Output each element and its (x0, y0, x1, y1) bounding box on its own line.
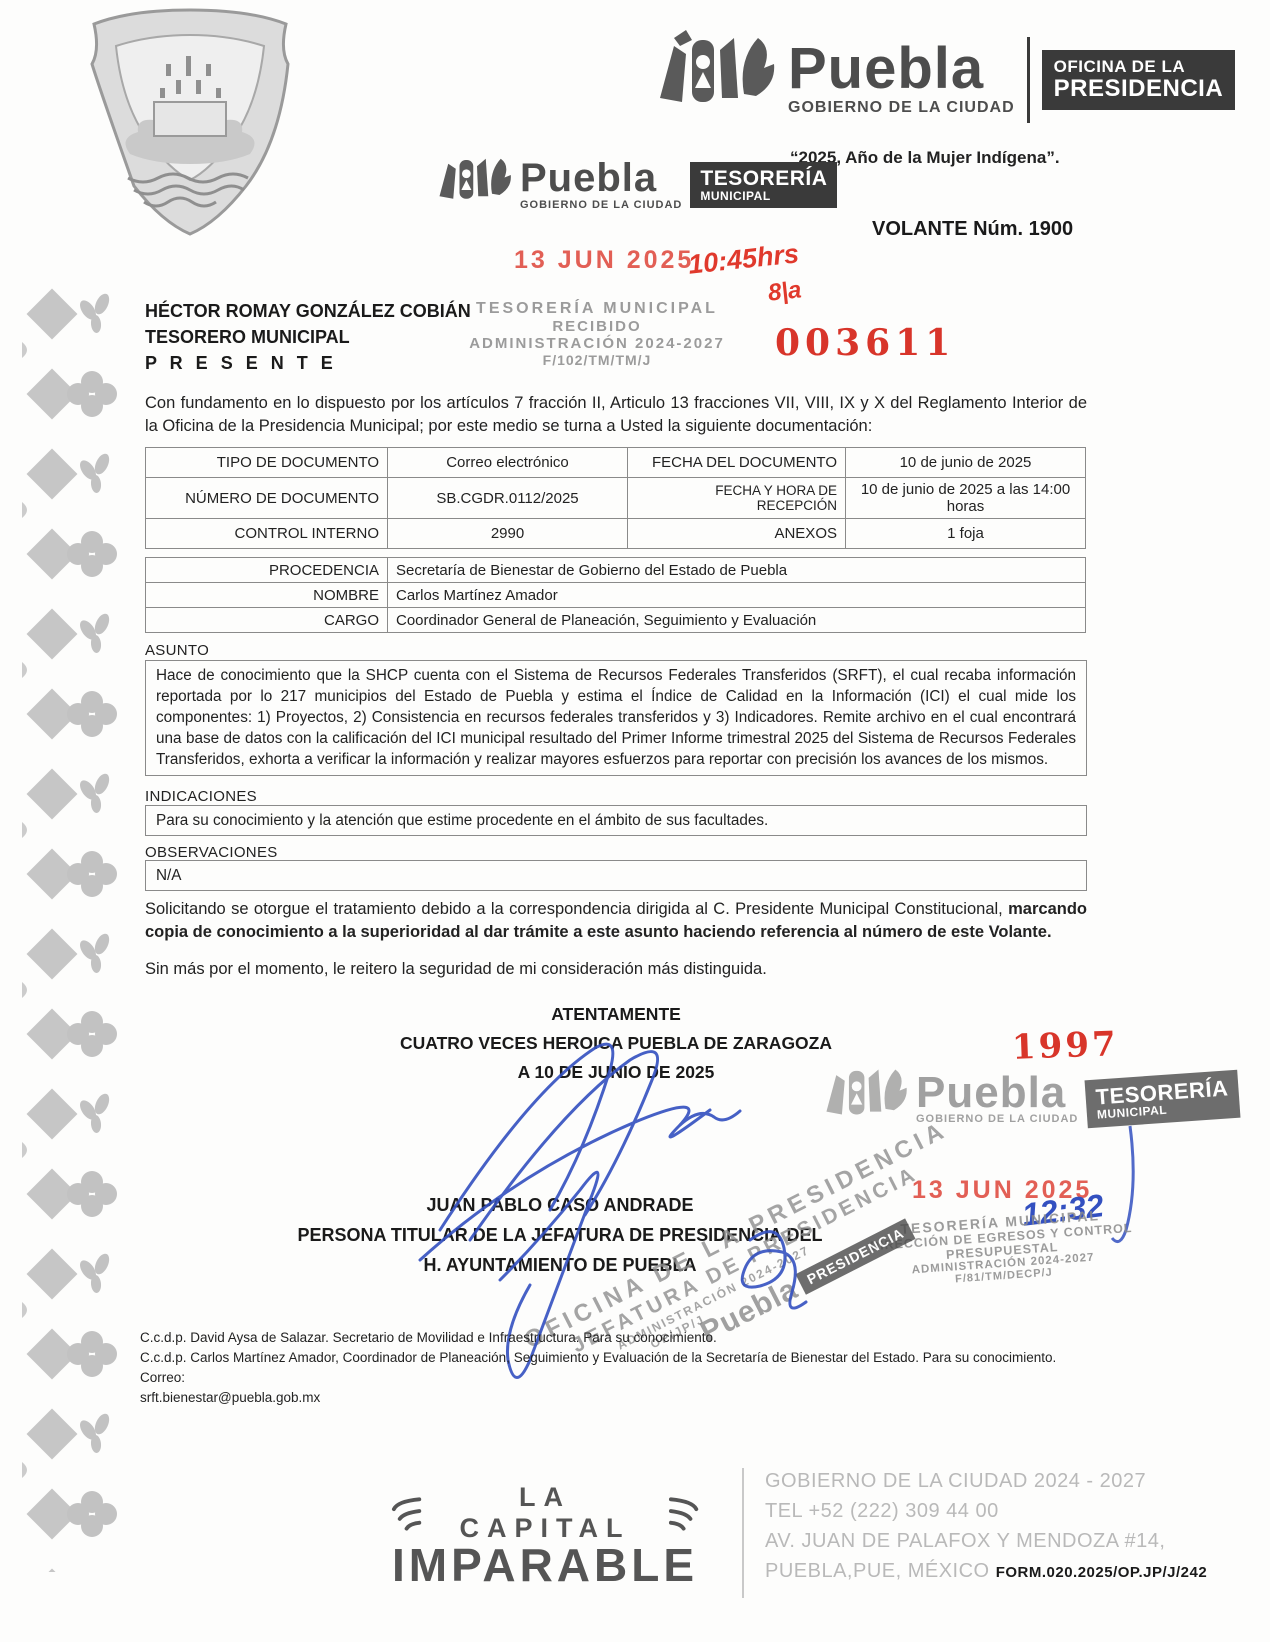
table-row: CARGO Coordinador General de Planeación,… (146, 608, 1086, 633)
sin-mas-paragraph: Sin más por el momento, le reitero la se… (145, 958, 1087, 981)
wing-icon (390, 1493, 423, 1533)
cell-value: 10 de junio de 2025 a las 14:00 horas (846, 478, 1086, 519)
document-origin-table: PROCEDENCIA Secretaría de Bienestar de G… (145, 557, 1086, 633)
table-row: CONTROL INTERNO 2990 ANEXOS 1 foja (146, 519, 1086, 549)
ccdp-line: C.c.d.p. Carlos Martínez Amador, Coordin… (140, 1348, 1090, 1388)
puebla-logo-wordmark: Puebla (916, 1073, 1078, 1113)
cell-label: NOMBRE (146, 583, 388, 608)
tesoreria-stamp-logo: Puebla GOBIERNO DE LA CIUDAD TESORERÍA M… (818, 1062, 1239, 1136)
cell-value: Carlos Martínez Amador (388, 583, 1086, 608)
cell-label: ANEXOS (628, 519, 846, 549)
cell-value: Secretaría de Bienestar de Gobierno del … (388, 558, 1086, 583)
puebla-logo-wordmark: Puebla (788, 43, 1015, 95)
atentamente-line: ATENTAMENTE (145, 1000, 1087, 1029)
document-page: Puebla GOBIERNO DE LA CIUDAD OFICINA DE … (0, 0, 1270, 1642)
cell-label: TIPO DE DOCUMENTO (146, 448, 388, 478)
ccdp-line: C.c.d.p. David Aysa de Salazar. Secretar… (140, 1328, 1090, 1348)
form-code: FORM.020.2025/OP.JP/J/242 (996, 1564, 1208, 1581)
intro-paragraph: Con fundamento en lo dispuesto por los a… (145, 392, 1087, 439)
puebla-talavera-logo-mark (648, 28, 776, 132)
puebla-city-logo: Puebla GOBIERNO DE LA CIUDAD OFICINA DE … (648, 28, 1235, 132)
volante-number: VOLANTE Núm. 1900 (872, 218, 1073, 241)
footer-line: PUEBLA,PUE, MÉXICO FORM.020.2025/OP.JP/J… (765, 1556, 1265, 1588)
cell-value: 2990 (388, 519, 628, 549)
cell-value: 10 de junio de 2025 (846, 448, 1086, 478)
puebla-logo-subtitle: GOBIERNO DE LA CIUDAD (788, 99, 1015, 117)
puebla-coat-of-arms (70, 6, 310, 241)
oficina-presidencia-box: OFICINA DE LA PRESIDENCIA (1042, 50, 1236, 109)
solicitando-normal: Solicitando se otorgue el tratamiento de… (145, 900, 1008, 918)
tesoreria-box: TESORERÍA MUNICIPAL (690, 162, 837, 209)
cell-value: Coordinador General de Planeación, Segui… (388, 608, 1086, 633)
indicaciones-label: INDICACIONES (145, 788, 257, 805)
cell-value: Correo electrónico (388, 448, 628, 478)
ccdp-email: srft.bienestar@puebla.gob.mx (140, 1388, 1090, 1408)
table-row: NÚMERO DE DOCUMENTO SB.CGDR.0112/2025 FE… (146, 478, 1086, 519)
folio-number-stamp: 003611 (775, 322, 955, 364)
cell-label: FECHA Y HORA DE RECEPCIÓN (628, 478, 846, 519)
received-time-handwriting: 10:45hrs (687, 238, 801, 280)
cell-label: NÚMERO DE DOCUMENTO (146, 478, 388, 519)
cell-value: 1 foja (846, 519, 1086, 549)
solicitando-paragraph: Solicitando se otorgue el tratamiento de… (145, 898, 1087, 945)
talavera-margin-pattern (22, 282, 122, 1572)
imparable-text: IMPARABLE (390, 1544, 700, 1588)
puebla-logo-subtitle: GOBIERNO DE LA CIUDAD (520, 199, 682, 211)
indicaciones-box: Para su conocimiento y la atención que e… (145, 805, 1087, 836)
asunto-box: Hace de conocimiento que la SHCP cuenta … (145, 660, 1087, 776)
tesoreria-received-stamp: TESORERÍA MUNICIPAL RECIBIDO ADMINISTRAC… (452, 300, 742, 368)
footer-line: GOBIERNO DE LA CIUDAD 2024 - 2027 (765, 1466, 1265, 1496)
footer-line: AV. JUAN DE PALAFOX Y MENDOZA #14, (765, 1526, 1265, 1556)
table-row: PROCEDENCIA Secretaría de Bienestar de G… (146, 558, 1086, 583)
received-initials-handwriting: 8|a (767, 276, 803, 307)
asunto-label: ASUNTO (145, 642, 209, 659)
cell-label: CARGO (146, 608, 388, 633)
wing-icon (667, 1493, 700, 1533)
footer-line: TEL +52 (222) 309 44 00 (765, 1496, 1265, 1526)
footer-divider (742, 1468, 744, 1598)
puebla-talavera-logo-mark (432, 152, 512, 218)
recipient-block: HÉCTOR ROMAY GONZÁLEZ COBIÁN TESORERO MU… (145, 298, 471, 376)
ccdp-block: C.c.d.p. David Aysa de Salazar. Secretar… (140, 1328, 1090, 1408)
table-row: TIPO DE DOCUMENTO Correo electrónico FEC… (146, 448, 1086, 478)
received-date-stamp: 13 JUN 2025 (514, 246, 694, 275)
cell-label: CONTROL INTERNO (146, 519, 388, 549)
capital-text: LA CAPITAL (429, 1482, 661, 1544)
recipient-title: TESORERO MUNICIPAL (145, 324, 471, 350)
puebla-logo-wordmark: Puebla (520, 160, 682, 196)
capital-imparable-logo: LA CAPITAL IMPARABLE (390, 1482, 700, 1588)
cell-label: PROCEDENCIA (146, 558, 388, 583)
observaciones-box: N/A (145, 860, 1087, 891)
footer-city: PUEBLA,PUE, MÉXICO (765, 1560, 990, 1582)
recipient-name: HÉCTOR ROMAY GONZÁLEZ COBIÁN (145, 298, 471, 324)
cell-label: FECHA DEL DOCUMENTO (628, 448, 846, 478)
footer-address-block: GOBIERNO DE LA CIUDAD 2024 - 2027 TEL +5… (765, 1466, 1265, 1588)
document-info-table: TIPO DE DOCUMENTO Correo electrónico FEC… (145, 447, 1086, 549)
table-row: NOMBRE Carlos Martínez Amador (146, 583, 1086, 608)
cell-value: SB.CGDR.0112/2025 (388, 478, 628, 519)
tesoreria-logo: Puebla GOBIERNO DE LA CIUDAD TESORERÍA M… (432, 152, 837, 218)
recipient-presente: P R E S E N T E (145, 350, 471, 376)
observaciones-label: OBSERVACIONES (145, 844, 278, 861)
puebla-talavera-logo-mark (818, 1062, 908, 1136)
